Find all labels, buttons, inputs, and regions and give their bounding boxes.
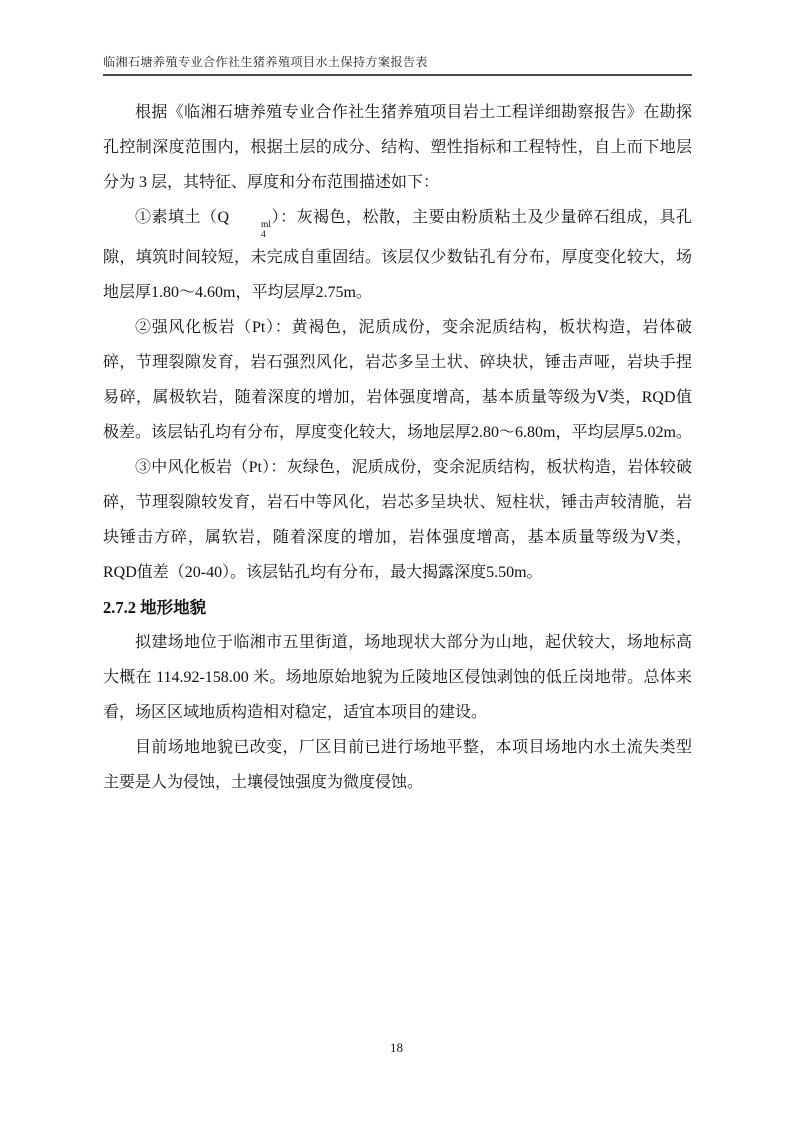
paragraph-terrain-current-state: 目前场地地貌已改变，厂区目前已进行场地平整，本项目场地内水土流失类型主要是人为侵… [103,730,692,800]
section-heading-2-7-2-terrain: 2.7.2 地形地貌 [103,590,692,625]
stratum-symbol-scripts: ml4 [229,221,271,240]
paragraph-layer1-fill-soil: ①素填土（Qml4）：灰褐色，松散，主要由粉质粘土及少量碎石组成，具孔隙，填筑时… [103,200,692,310]
stratum-symbol-q4ml: Qml4 [217,209,271,226]
paragraph-intro: 根据《临湘石塘养殖专业合作社生猪养殖项目岩土工程详细勘察报告》在勘探孔控制深度范… [103,95,692,200]
paragraph-layer2-strongly-weathered-slate: ②强风化板岩（Pt）：黄褐色，泥质成份，变余泥质结构，板状构造，岩体破碎，节理裂… [103,310,692,450]
paragraph-terrain-description: 拟建场地位于临湘市五里街道，场地现状大部分为山地，起伏较大，场地标高大概在 11… [103,625,692,730]
page-number: 18 [0,1040,793,1056]
page-header: 临湘石塘养殖专业合作社生猪养殖项目水土保持方案报告表 [103,53,692,76]
stratum-symbol-subscript: 4 [229,231,266,241]
layer1-prefix: ①素填土（ [135,209,217,226]
document-page: 临湘石塘养殖专业合作社生猪养殖项目水土保持方案报告表 根据《临湘石塘养殖专业合作… [0,0,793,1122]
document-body: 根据《临湘石塘养殖专业合作社生猪养殖项目岩土工程详细勘察报告》在勘探孔控制深度范… [103,95,692,800]
stratum-symbol-base: Q [217,209,229,226]
paragraph-layer3-moderately-weathered-slate: ③中风化板岩（Pt）：灰绿色，泥质成份，变余泥质结构，板状构造，岩体较破碎，节理… [103,450,692,590]
